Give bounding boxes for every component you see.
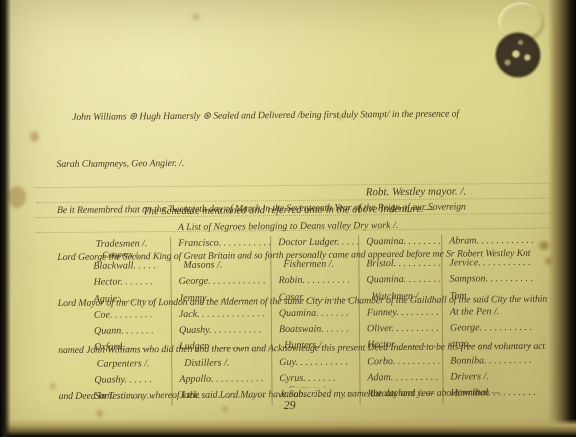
table-cell: Doctor Ludger. . . . . . . [270, 235, 358, 258]
table-cell: George. . . . . . . . . . . . [170, 274, 270, 291]
table-cell: Francisco. . . . . . . . . . . [170, 236, 270, 259]
table-cell: George. . . . . . . . . . . [442, 321, 554, 338]
table-cell: Distillers /. [171, 356, 271, 373]
table-cell: Masons /. [170, 258, 270, 275]
table-cell: Quamina. . . . . . . . [358, 273, 441, 290]
table-cell: Quashy. . . . . . . . . . . [171, 323, 271, 340]
table-cell: Quamina. . . . . . . . . [358, 235, 441, 258]
table-cell: Quashy. . . . . . [87, 373, 171, 390]
table-cell: Cyrus. . . . . . .Cartmen /. [271, 371, 359, 388]
table-cell: Carpenters /. [87, 357, 171, 374]
page-content: John Williams ⊛ Hugh Hamersly ⊛ Sealed a… [0, 0, 576, 437]
binding-edge-left [0, 0, 11, 437]
table-cell: Oliver. . . . . . . . . . [359, 322, 442, 339]
table-cell: Oxford. . . . . . . [87, 341, 171, 358]
table-cell: Quamina. . . . . . . [271, 306, 359, 323]
table-cell: Ludger. . . . . . . . . . . . [171, 340, 271, 357]
table-cell: Quann. . . . . . . [87, 324, 171, 341]
table-cell: Fishermen /. [270, 257, 358, 274]
table-cell: Bonniba. . . . . . . . . . [442, 353, 554, 370]
circular-ink-stamp-icon [492, 30, 544, 80]
table-cell: Robin. . . . . . . . . . [270, 274, 358, 291]
table-cell: Abram. . . . . . . . . . . . [441, 234, 553, 257]
page-edge-bottom [0, 419, 576, 437]
table-cell: Guy. . . . . . . . . . . [271, 355, 359, 372]
table-cell: Funney. . . . . . . . . [359, 306, 442, 323]
table-cell: Watchmen /. [359, 289, 442, 306]
table-cell: Casar. . . . . . . . . . [271, 290, 359, 307]
attestation-line: Sarah Champneys, Geo Angier. /. [56, 152, 556, 172]
table-cell: Corbo. . . . . . . . . . [359, 354, 442, 371]
slave-list-table: Tradesmen /.Coopers /. Francisco. . . . … [86, 234, 554, 407]
table-cell: argo. . . . . . . . . . . . . [442, 337, 554, 354]
table-cell: Adam. . . . . . . . . . [359, 371, 442, 388]
table-cell: Hector. . . . . . . . . [359, 338, 442, 355]
table-cell: Appollo. . . . . . . . . . . [171, 372, 271, 389]
table-cell: Jack. . . . . . . . . . . . . . [171, 307, 271, 324]
table-cell: Jemmy. . . . . . . . . . . . [171, 291, 271, 308]
table-cell: Coe. . . . . . . . . [87, 308, 171, 325]
table-cell: Sampson. . . . . . . . . . [441, 272, 553, 289]
table-cell: Bristol. . . . . . . . . . [358, 257, 441, 274]
table-cell: At the Pen /. [442, 305, 554, 322]
table-cell: Hunters /. [271, 339, 359, 356]
table-cell: Blackwall. . . . . [86, 259, 170, 276]
table-cell: Tradesmen /.Coopers /. [86, 237, 170, 260]
mayor-signature: Robt. Westley mayor. /. [366, 185, 467, 198]
table-cell: Drivers /. [442, 370, 554, 387]
table-cell: Tom [442, 288, 554, 305]
table-cell: Hector. . . . . . . [86, 275, 170, 292]
table-cell: Aguie: . . . . . . . [87, 292, 171, 309]
table-cell: Boatswain. . . . . . [271, 323, 359, 340]
attestation-line: John Williams ⊛ Hugh Hamersly ⊛ Sealed a… [72, 106, 556, 126]
page-edge-right [548, 0, 576, 437]
table-cell: Jervice. . . . . . . . . . . [441, 256, 553, 273]
